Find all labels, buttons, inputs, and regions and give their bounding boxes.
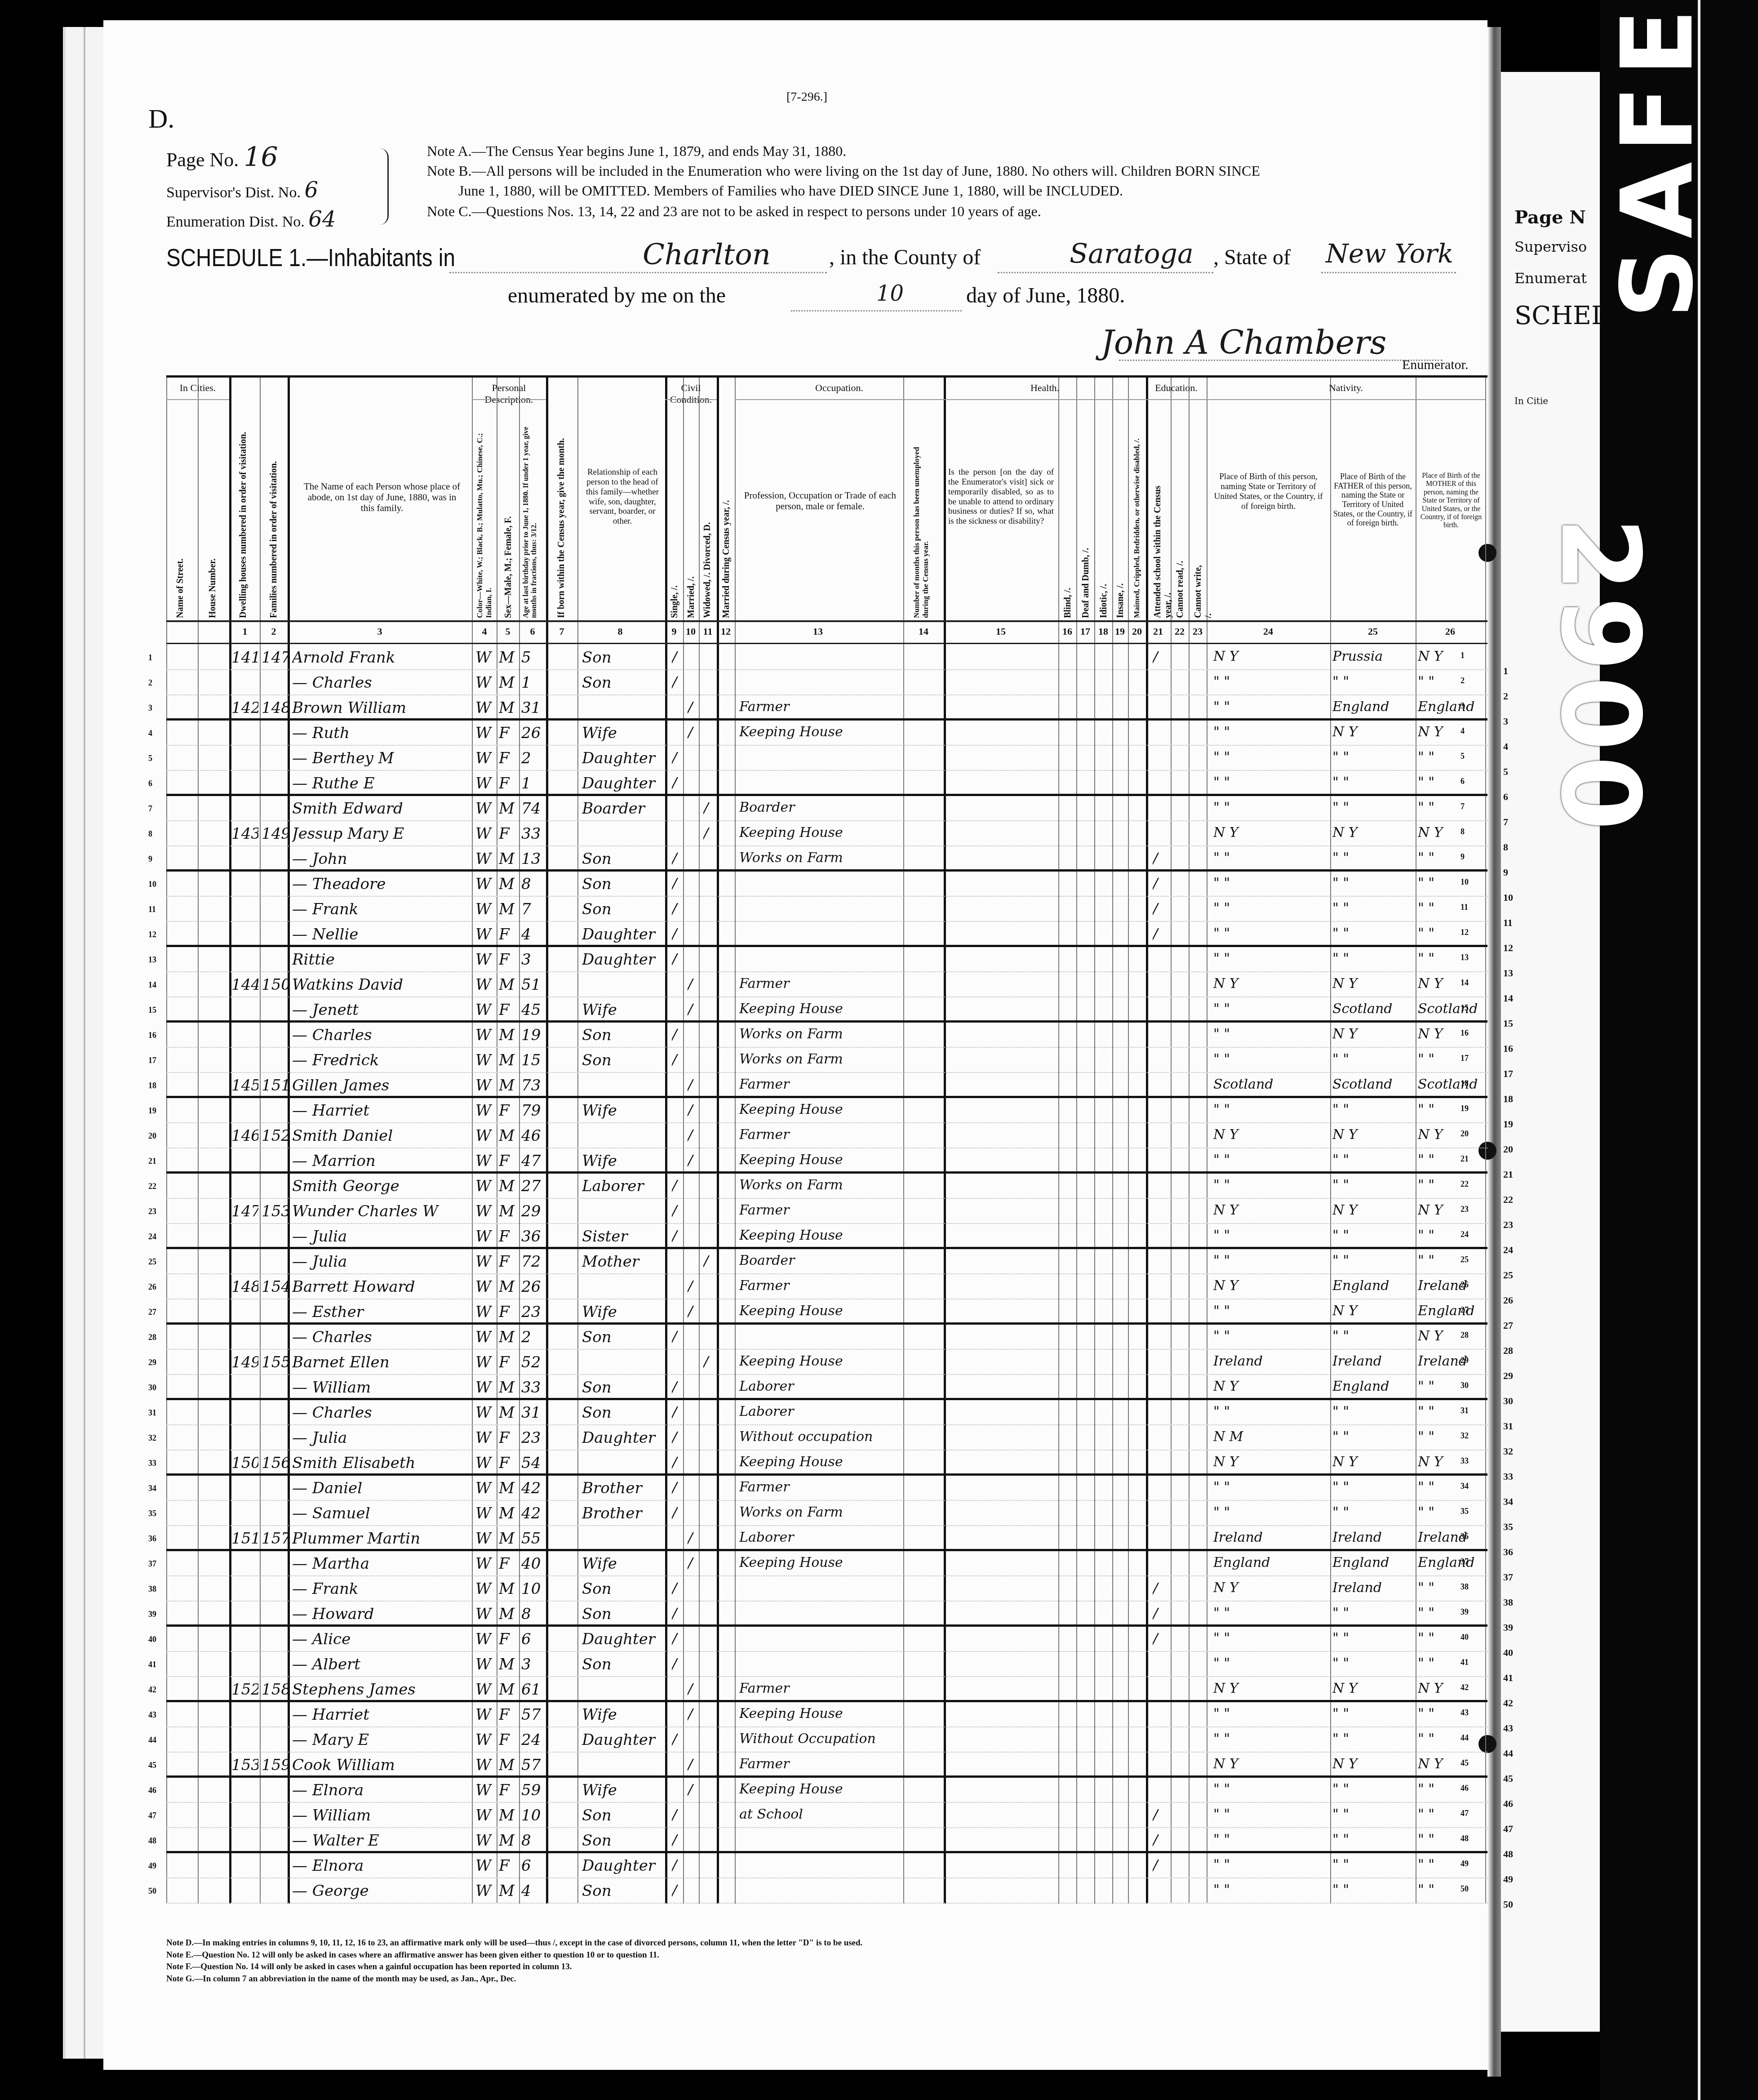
age: 51 [521,976,546,994]
father-birthplace: " " [1332,1655,1413,1671]
row-number: 9 [148,854,152,864]
relationship: Wife [582,724,663,742]
age: 55 [521,1530,546,1548]
single-mark: / [672,1177,683,1195]
table-row: 39— HowardWM8Son//" "" "" " [166,1602,1487,1627]
age: 6 [521,1857,546,1875]
enumeration-district-value: 64 [308,207,336,232]
father-birthplace: " " [1332,1429,1413,1445]
person-name: — Walter E [292,1832,472,1850]
adjacent-row-number: 6 [1503,791,1508,803]
person-name: — Marrion [292,1152,472,1170]
person-name: — Ruthe E [292,774,472,792]
mother-birthplace: " " [1418,1177,1484,1193]
person-name: — Harriet [292,1102,472,1120]
row-number: 34 [148,1484,156,1493]
birthplace: " " [1213,724,1328,740]
adjacent-row-number: 18 [1503,1093,1513,1105]
row-number: 38 [148,1584,156,1594]
mother-birthplace: " " [1418,1731,1484,1747]
state-line [1321,272,1456,273]
table-row: 6— Ruthe EWF1Daughter/" "" "" " [166,771,1487,796]
table-row: 12— NellieWF4Daughter//" "" "" " [166,922,1487,947]
mother-birthplace: " " [1418,1479,1484,1495]
row-number: 47 [148,1811,156,1820]
col-cannot-write-header: Cannot write, /. [1193,560,1214,618]
table-row: 17— FredrickWM15Son/Works on Farm" "" ""… [166,1048,1487,1073]
married-mark: / [688,1278,699,1296]
married-mark: / [688,1555,699,1573]
occupation: Farmer [739,1202,901,1218]
father-birthplace: Prussia [1332,649,1413,664]
row-number: 46 [148,1786,156,1795]
birthplace: " " [1213,1026,1328,1042]
row-number: 26 [148,1282,156,1292]
col-house-header: House Number. [208,528,218,618]
birthplace: " " [1213,1479,1328,1495]
table-row: 40— AliceWF6Daughter//" "" "" " [166,1627,1487,1652]
supervisor-district-field: Supervisor's Dist. No. 6 [166,178,318,203]
row-number-right: 32 [1461,1431,1469,1441]
row-number: 44 [148,1735,156,1745]
row-number-right: 42 [1461,1683,1469,1692]
sex: M [499,1832,519,1850]
table-row: 45153159Cook WilliamWM57/FarmerN YN YN Y [166,1753,1487,1778]
row-number: 48 [148,1836,156,1846]
table-row: 44— Mary EWF24Daughter/Without Occupatio… [166,1727,1487,1753]
group-education: Education. [1146,382,1207,394]
age: 24 [521,1731,546,1749]
table-row: 31— CharlesWM31Son/Laborer" "" "" " [166,1400,1487,1425]
column-number: 5 [499,626,517,637]
father-birthplace: Ireland [1332,1580,1413,1596]
sex: M [499,1202,519,1220]
table-row: 33150156Smith ElisabethWF54/Keeping Hous… [166,1450,1487,1476]
form-number: [7-296.] [786,90,827,104]
sex: M [499,1882,519,1900]
row-number: 4 [148,729,152,738]
color: W [475,1781,496,1799]
adjacent-row-number: 47 [1503,1823,1513,1835]
color: W [475,1077,496,1094]
person-name: Smith Elisabeth [292,1454,472,1472]
single-mark: / [672,1580,683,1598]
adjacent-row-number: 22 [1503,1194,1513,1206]
row-number: 19 [148,1106,156,1116]
occupation: Keeping House [739,1706,901,1722]
dwelling-number: 143 [231,825,258,843]
mother-birthplace: N Y [1418,825,1484,841]
row-number-right: 23 [1461,1205,1469,1214]
col-sex-header: Sex—Male, M.; Female, F. [503,483,514,618]
age: 15 [521,1051,546,1069]
father-birthplace: " " [1332,674,1413,690]
father-birthplace: " " [1332,1857,1413,1873]
relationship: Son [582,1832,663,1850]
father-birthplace: " " [1332,900,1413,916]
father-birthplace: N Y [1332,1681,1413,1696]
color: W [475,875,496,893]
sex: M [499,850,519,868]
occupation: Farmer [739,1077,901,1092]
age: 26 [521,724,546,742]
occupation: Keeping House [739,1303,901,1319]
mother-birthplace: N Y [1418,1127,1484,1143]
age: 31 [521,1404,546,1422]
col-deaf-header: Deaf and Dumb, /. [1081,542,1091,618]
row-number: 32 [148,1433,156,1443]
row-number: 31 [148,1408,156,1418]
father-birthplace: " " [1332,1882,1413,1898]
single-mark: / [672,1454,683,1472]
row-number-right: 18 [1461,1079,1469,1088]
adjacent-row-number: 24 [1503,1244,1513,1256]
group-in-cities: In Cities. [166,382,229,394]
relationship: Son [582,1806,663,1824]
relationship: Wife [582,1303,663,1321]
table-row: 2— CharlesWM1Son/" "" "" " [166,670,1487,695]
column-number: 14 [915,626,932,637]
row-number-right: 12 [1461,928,1469,937]
birthplace: " " [1213,1102,1328,1117]
father-birthplace: " " [1332,1806,1413,1822]
column-number: 12 [717,626,735,637]
family-number: 153 [262,1202,288,1220]
mother-birthplace: N Y [1418,1681,1484,1696]
family-number: 151 [262,1077,288,1094]
person-name: — Julia [292,1429,472,1447]
table-row: 9— JohnWM13Son/Works on Farm/" "" "" " [166,846,1487,872]
adjacent-row-number: 40 [1503,1647,1513,1659]
sex: M [499,1756,519,1774]
row-number: 17 [148,1056,156,1065]
father-birthplace: " " [1332,1630,1413,1646]
row-number-right: 16 [1461,1028,1469,1038]
color: W [475,825,496,843]
age: 27 [521,1177,546,1195]
single-mark: / [672,1202,683,1220]
age: 33 [521,1379,546,1397]
birthplace: " " [1213,1630,1328,1646]
relationship: Wife [582,1781,663,1799]
table-row: 36151157Plummer MartinWM55/LaborerIrelan… [166,1526,1487,1551]
relationship: Daughter [582,1731,663,1749]
mother-birthplace: " " [1418,1630,1484,1646]
col-widowed-header: Widowed, /. Divorced, D. [702,492,713,618]
married-mark: / [688,1681,699,1699]
age: 3 [521,1655,546,1673]
father-birthplace: N Y [1332,1127,1413,1143]
occupation: Keeping House [739,1555,901,1571]
color: W [475,1555,496,1573]
birthplace: " " [1213,1001,1328,1017]
color: W [475,1253,496,1271]
sex: M [499,1278,519,1296]
single-mark: / [672,1504,683,1522]
age: 33 [521,825,546,843]
row-number: 49 [148,1861,156,1871]
widowed-mark: / [703,825,715,843]
column-number: 6 [524,626,542,637]
adjacent-row-number: 13 [1503,967,1513,979]
table-row: 25— JuliaWF72Mother/Boarder" "" "" " [166,1249,1487,1274]
age: 45 [521,1001,546,1019]
adjacent-row-number: 41 [1503,1672,1513,1684]
father-birthplace: Ireland [1332,1530,1413,1545]
age: 4 [521,925,546,943]
birthplace: " " [1213,699,1328,715]
sex: F [499,1253,519,1271]
color: W [475,1228,496,1246]
col-unemployed-header: Number of months this person has been un… [912,425,930,618]
row-number: 45 [148,1761,156,1770]
row-number-right: 39 [1461,1607,1469,1617]
adjacent-row-number: 29 [1503,1370,1513,1382]
adjacent-row-number: 49 [1503,1873,1513,1885]
row-number-right: 28 [1461,1330,1469,1340]
relationship: Son [582,1655,663,1673]
row-number-right: 40 [1461,1633,1469,1642]
age: 6 [521,1630,546,1648]
table-row: 20146152Smith DanielWM46/FarmerN YN YN Y [166,1123,1487,1148]
single-mark: / [672,925,683,943]
table-row: 30— WilliamWM33Son/LaborerN YEngland" " [166,1375,1487,1400]
sex: M [499,1379,519,1397]
birthplace: " " [1213,1806,1328,1822]
relationship: Boarder [582,800,663,818]
school-mark: / [1153,1580,1168,1598]
form-letter: D. [148,103,174,134]
birthplace: " " [1213,1781,1328,1797]
occupation: Keeping House [739,1781,901,1797]
adjacent-row-number: 15 [1503,1018,1513,1029]
dwelling-number: 144 [231,976,258,994]
age: 2 [521,749,546,767]
color: W [475,1177,496,1195]
father-birthplace: N Y [1332,1454,1413,1470]
person-name: — Julia [292,1253,472,1271]
col-insane-header: Insane, /. [1115,569,1126,618]
father-birthplace: " " [1332,1253,1413,1268]
row-number-right: 8 [1461,827,1465,836]
row-number: 25 [148,1257,156,1267]
father-birthplace: " " [1332,951,1413,966]
sex: M [499,1655,519,1673]
mother-birthplace: Ireland [1418,1278,1484,1294]
single-mark: / [672,850,683,868]
age: 29 [521,1202,546,1220]
single-mark: / [672,900,683,918]
adjacent-row-number: 8 [1503,841,1508,853]
row-number: 35 [148,1509,156,1518]
column-number: 11 [699,626,717,637]
sex: M [499,1404,519,1422]
occupation: Farmer [739,976,901,992]
table-row: 49— ElnoraWF6Daughter//" "" "" " [166,1853,1487,1878]
birthplace: " " [1213,1228,1328,1243]
col-sickness-header: Is the person [on the day of the Enumera… [948,467,1054,526]
column-number: 2 [265,626,283,637]
mother-birthplace: " " [1418,900,1484,916]
signature-line [1119,360,1443,361]
person-name: — Frank [292,1580,472,1598]
family-number: 147 [262,649,288,667]
adjacent-row-number: 19 [1503,1118,1513,1130]
row-number-right: 45 [1461,1758,1469,1768]
mother-birthplace: " " [1418,1857,1484,1873]
row-number: 40 [148,1635,156,1644]
relationship: Daughter [582,951,663,969]
county-line [998,272,1213,273]
row-number-right: 36 [1461,1532,1469,1541]
age: 1 [521,774,546,792]
person-name: — Howard [292,1605,472,1623]
occupation: Works on Farm [739,1051,901,1067]
adjacent-row-number: 34 [1503,1496,1513,1508]
father-birthplace: Ireland [1332,1353,1413,1369]
relationship: Wife [582,1102,663,1120]
row-number: 20 [148,1131,156,1141]
person-name: — George [292,1882,472,1900]
col-occupation-header: Profession, Occupation or Trade of each … [744,490,897,512]
table-row: 28— CharlesWM2Son/" "" "N Y [166,1325,1487,1350]
row-number: 13 [148,955,156,965]
row-number-right: 37 [1461,1557,1469,1566]
sex: F [499,1001,519,1019]
mother-birthplace: " " [1418,800,1484,815]
birthplace: N Y [1213,1681,1328,1696]
mother-birthplace: " " [1418,1102,1484,1117]
mother-birthplace: " " [1418,1781,1484,1797]
adjacent-row-number: 10 [1503,892,1513,903]
father-birthplace: " " [1332,1177,1413,1193]
mother-birthplace: N Y [1418,1026,1484,1042]
person-name: — Mary E [292,1731,472,1749]
age: 73 [521,1077,546,1094]
color: W [475,1328,496,1346]
father-birthplace: " " [1332,1731,1413,1747]
table-row: 7Smith EdwardWM74Boarder/Boarder" "" "" … [166,796,1487,821]
dwelling-number: 141 [231,649,258,667]
person-name: — Albert [292,1655,472,1673]
age: 31 [521,699,546,717]
relationship: Wife [582,1152,663,1170]
state-value: New York [1326,238,1453,269]
person-name: — Harriet [292,1706,472,1724]
occupation: at School [739,1806,901,1822]
birthplace: " " [1213,1832,1328,1847]
age: 42 [521,1479,546,1497]
father-birthplace: " " [1332,1404,1413,1419]
schedule-title: SCHEDULE 1.—Inhabitants in [166,243,455,272]
row-number: 39 [148,1610,156,1619]
birthplace: " " [1213,900,1328,916]
birthplace: N Y [1213,649,1328,664]
birthplace: " " [1213,1152,1328,1168]
person-name: — Martha [292,1555,472,1573]
column-number: 9 [665,626,683,637]
table-row: 26148154Barrett HowardWM26/FarmerN YEngl… [166,1274,1487,1299]
column-number: 8 [611,626,629,637]
mother-birthplace: " " [1418,1404,1484,1419]
sex: F [499,724,519,742]
married-mark: / [688,1077,699,1094]
town-value: Charlton [643,238,771,271]
relationship: Daughter [582,774,663,792]
row-number-right: 49 [1461,1859,1469,1869]
color: W [475,1882,496,1900]
single-mark: / [672,1026,683,1044]
sex: F [499,1555,519,1573]
person-name: — Nellie [292,925,472,943]
mother-birthplace: " " [1418,1832,1484,1847]
relationship: Son [582,1026,663,1044]
color: W [475,900,496,918]
col-street-header: Name of Street. [175,528,186,618]
mother-birthplace: N Y [1418,976,1484,992]
table-row: 4— RuthWF26Wife/Keeping House" "N YN Y [166,721,1487,746]
relationship: Son [582,875,663,893]
relationship: Wife [582,1001,663,1019]
person-name: Wunder Charles W [292,1202,472,1220]
sex: M [499,1806,519,1824]
color: W [475,1429,496,1447]
col-single-header: Single, /. [670,564,680,618]
row-number-right: 4 [1461,726,1465,736]
father-birthplace: N Y [1332,1026,1413,1042]
mother-birthplace: " " [1418,1504,1484,1520]
table-row: 27— EstherWF23Wife/Keeping House" "N YEn… [166,1299,1487,1325]
father-birthplace: " " [1332,749,1413,765]
relationship: Son [582,1882,663,1900]
birthplace: " " [1213,674,1328,690]
family-number: 149 [262,825,288,843]
row-number: 50 [148,1886,156,1896]
table-row: 42152158Stephens JamesWM61/FarmerN YN YN… [166,1677,1487,1702]
family-number: 159 [262,1756,288,1774]
occupation: Keeping House [739,825,901,841]
father-birthplace: " " [1332,1328,1413,1344]
sex: M [499,699,519,717]
row-number: 43 [148,1710,156,1720]
age: 10 [521,1806,546,1824]
father-birthplace: Scotland [1332,1077,1413,1092]
family-number: 150 [262,976,288,994]
father-birthplace: England [1332,1555,1413,1571]
father-birthplace: " " [1332,1228,1413,1243]
page-number-label: Page No. [166,149,239,171]
row-number-right: 50 [1461,1884,1469,1894]
single-mark: / [672,1806,683,1824]
person-name: — Julia [292,1228,472,1246]
table-row: 24— JuliaWF36Sister/Keeping House" "" ""… [166,1224,1487,1249]
sex: M [499,900,519,918]
mother-birthplace: " " [1418,1706,1484,1722]
enumeration-day: 10 [876,281,904,306]
father-birthplace: " " [1332,774,1413,790]
school-mark: / [1153,1806,1168,1824]
row-number-right: 27 [1461,1305,1469,1315]
mother-birthplace: N Y [1418,1756,1484,1772]
dwelling-number: 150 [231,1454,258,1472]
sex: F [499,1454,519,1472]
county-label: , in the County of [829,245,981,270]
person-name: — Esther [292,1303,472,1321]
dwelling-number: 149 [231,1353,258,1371]
adjacent-row-number: 32 [1503,1446,1513,1457]
married-mark: / [688,1303,699,1321]
row-number: 10 [148,880,156,889]
